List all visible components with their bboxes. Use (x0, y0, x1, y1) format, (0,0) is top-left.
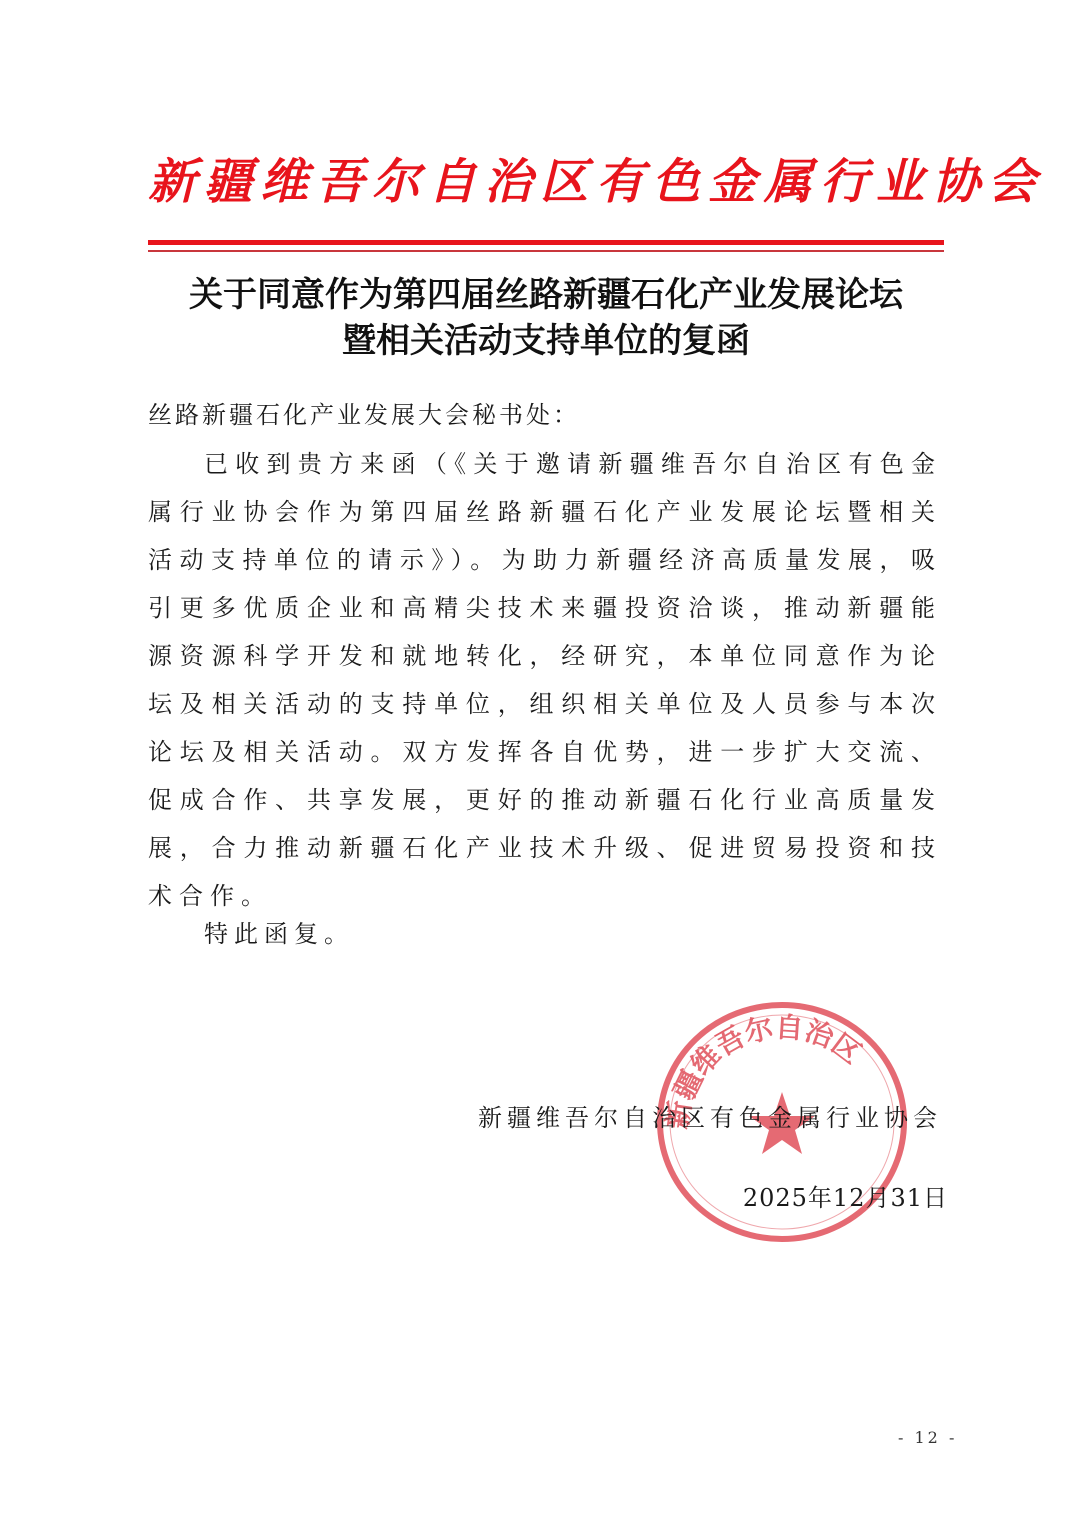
body-paragraph: 已收到贵方来函（《关于邀请新疆维吾尔自治区有色金属行业协会作为第四届丝路新疆石化… (148, 440, 942, 920)
signature-date: 2025年12月31日 (743, 1178, 948, 1218)
letterhead-title: 新疆维吾尔自治区有色金属行业协会 (148, 152, 944, 212)
salutation: 丝路新疆石化产业发展大会秘书处： (148, 395, 580, 435)
title-line-2: 暨相关活动支持单位的复函 (140, 318, 952, 364)
title-line-1: 关于同意作为第四届丝路新疆石化产业发展论坛 (140, 272, 952, 318)
signature-organization: 新疆维吾尔自治区有色金属行业协会 (478, 1098, 942, 1138)
closing-remark: 特此函复。 (204, 914, 354, 954)
page-number: - 12 - (898, 1428, 957, 1447)
letterhead-rule-thick (148, 240, 944, 245)
letterhead-rule-thin (148, 250, 944, 252)
document-page: 新疆维吾尔自治区有色金属行业协会 关于同意作为第四届丝路新疆石化产业发展论坛 暨… (0, 0, 1080, 1527)
document-title: 关于同意作为第四届丝路新疆石化产业发展论坛 暨相关活动支持单位的复函 (140, 272, 952, 364)
